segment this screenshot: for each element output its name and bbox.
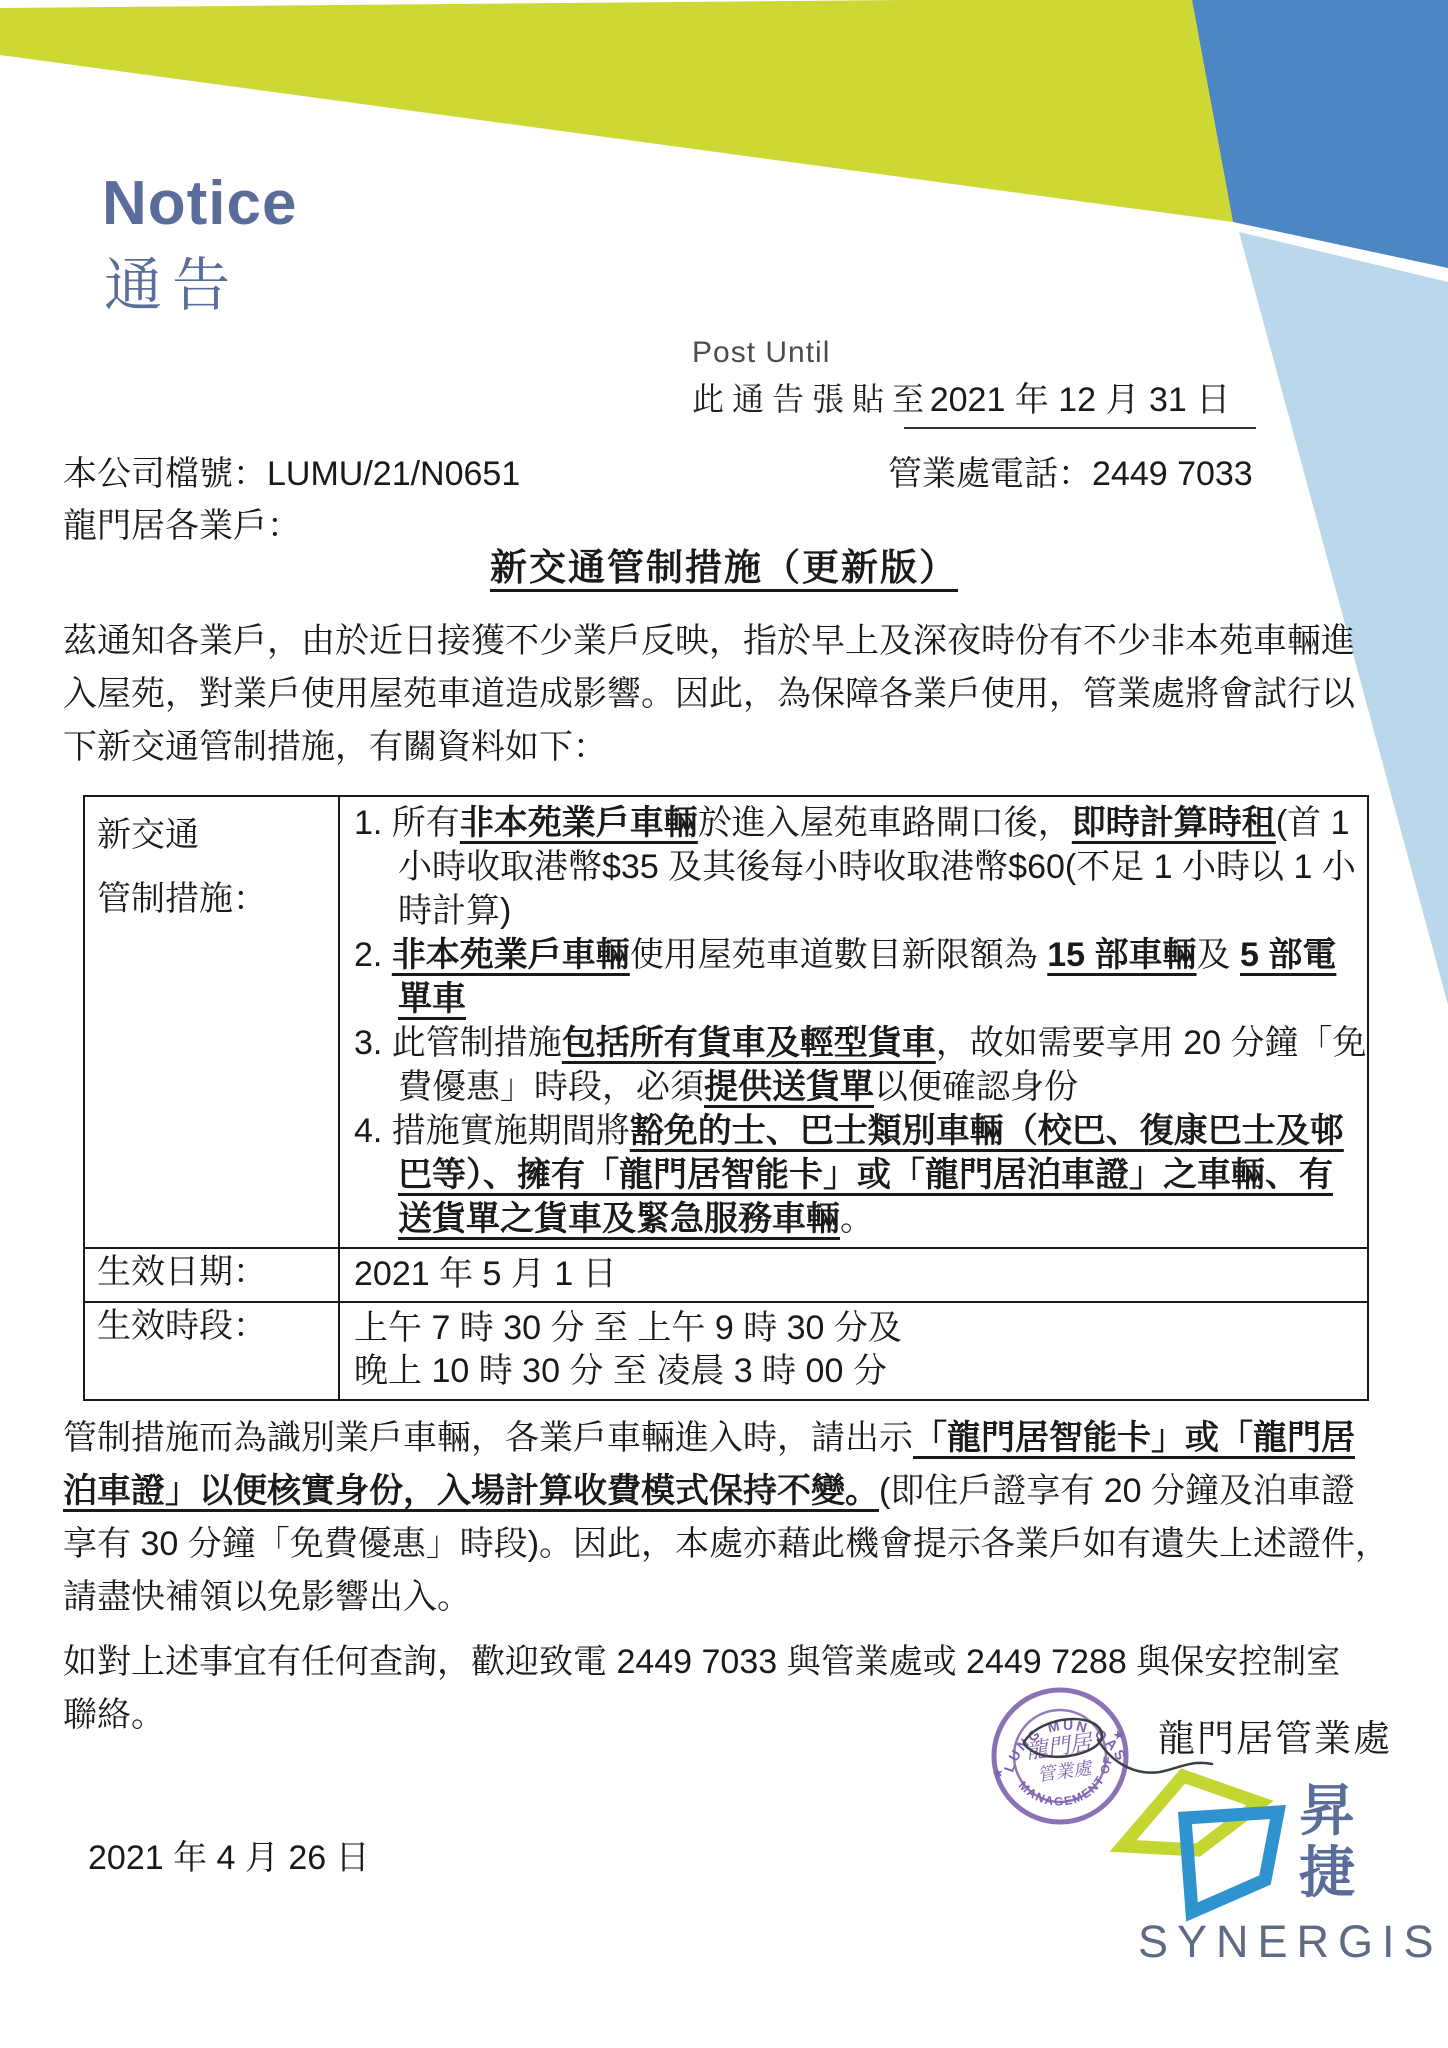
notice-document-page: Notice 通告 Post Until 此通告張貼至 2021 年 12 月 … xyxy=(0,0,1448,2048)
identification-paragraph: 管制措施而為識別業戶車輛，各業戶車輛進入時，請出示「龍門居智能卡」或「龍門居泊車… xyxy=(63,1412,1403,1624)
row-content-effective-time: 上午 7 時 30 分 至 上午 9 時 30 分及晚上 10 時 30 分 至… xyxy=(340,1303,1367,1399)
logo-name-en: SYNERGIS xyxy=(1138,1916,1443,1968)
table-row-effective-time: 生效時段： 上午 7 時 30 分 至 上午 9 時 30 分及晚上 10 時 … xyxy=(85,1301,1367,1399)
office-phone: 管業處電話：2449 7033 xyxy=(888,446,1253,495)
stamp-inner-line2: 管業處 xyxy=(1036,1758,1094,1786)
issue-date: 2021 年 4 月 26 日 xyxy=(88,1830,370,1879)
row-label-measures: 新交通管制措施： xyxy=(85,797,340,1247)
stamp-star-right: ★ xyxy=(1111,1726,1126,1743)
post-until-label-en: Post Until xyxy=(692,336,830,370)
row-label-effective-time: 生效時段： xyxy=(97,1305,332,1347)
synergis-logo-mark xyxy=(1095,1758,1305,1923)
row-label-effective-date: 生效日期： xyxy=(97,1251,332,1293)
notice-heading-zh: 通告 xyxy=(104,238,240,322)
blue-corner-shape xyxy=(1192,0,1448,268)
measures-table: 新交通管制措施： 1. 所有非本苑業戶車輛於進入屋苑車路閘口後，即時計算時租(首… xyxy=(83,795,1369,1401)
table-row-effective-date: 生效日期： 2021 年 5 月 1 日 xyxy=(85,1247,1367,1301)
intro-paragraph: 茲通知各業戶，由於近日接獲不少業戶反映，指於早上及深夜時份有不少非本苑車輛進入屋… xyxy=(63,615,1403,774)
post-until-label-zh: 此通告張貼至 xyxy=(692,374,932,420)
logo-zh-char-1: 昇 xyxy=(1292,1780,1362,1842)
post-until-date: 2021 年 12 月 31 日 xyxy=(904,372,1256,429)
table-row-measures: 新交通管制措施： 1. 所有非本苑業戶車輛於進入屋苑車路閘口後，即時計算時租(首… xyxy=(85,797,1367,1247)
logo-name-zh: 昇 捷 xyxy=(1292,1780,1362,1904)
subject-title: 新交通管制措施（更新版） xyxy=(0,537,1448,591)
row-content-measures: 1. 所有非本苑業戶車輛於進入屋苑車路閘口後，即時計算時租(首 1小時收取港幣$… xyxy=(340,797,1367,1247)
office-name: 龍門居管業處 xyxy=(1158,1708,1392,1762)
notice-heading-en: Notice xyxy=(102,168,297,239)
row-content-effective-date: 2021 年 5 月 1 日 xyxy=(340,1249,1367,1301)
file-number: 本公司檔號：LUMU/21/N0651 xyxy=(63,446,520,495)
logo-zh-char-2: 捷 xyxy=(1292,1842,1362,1904)
